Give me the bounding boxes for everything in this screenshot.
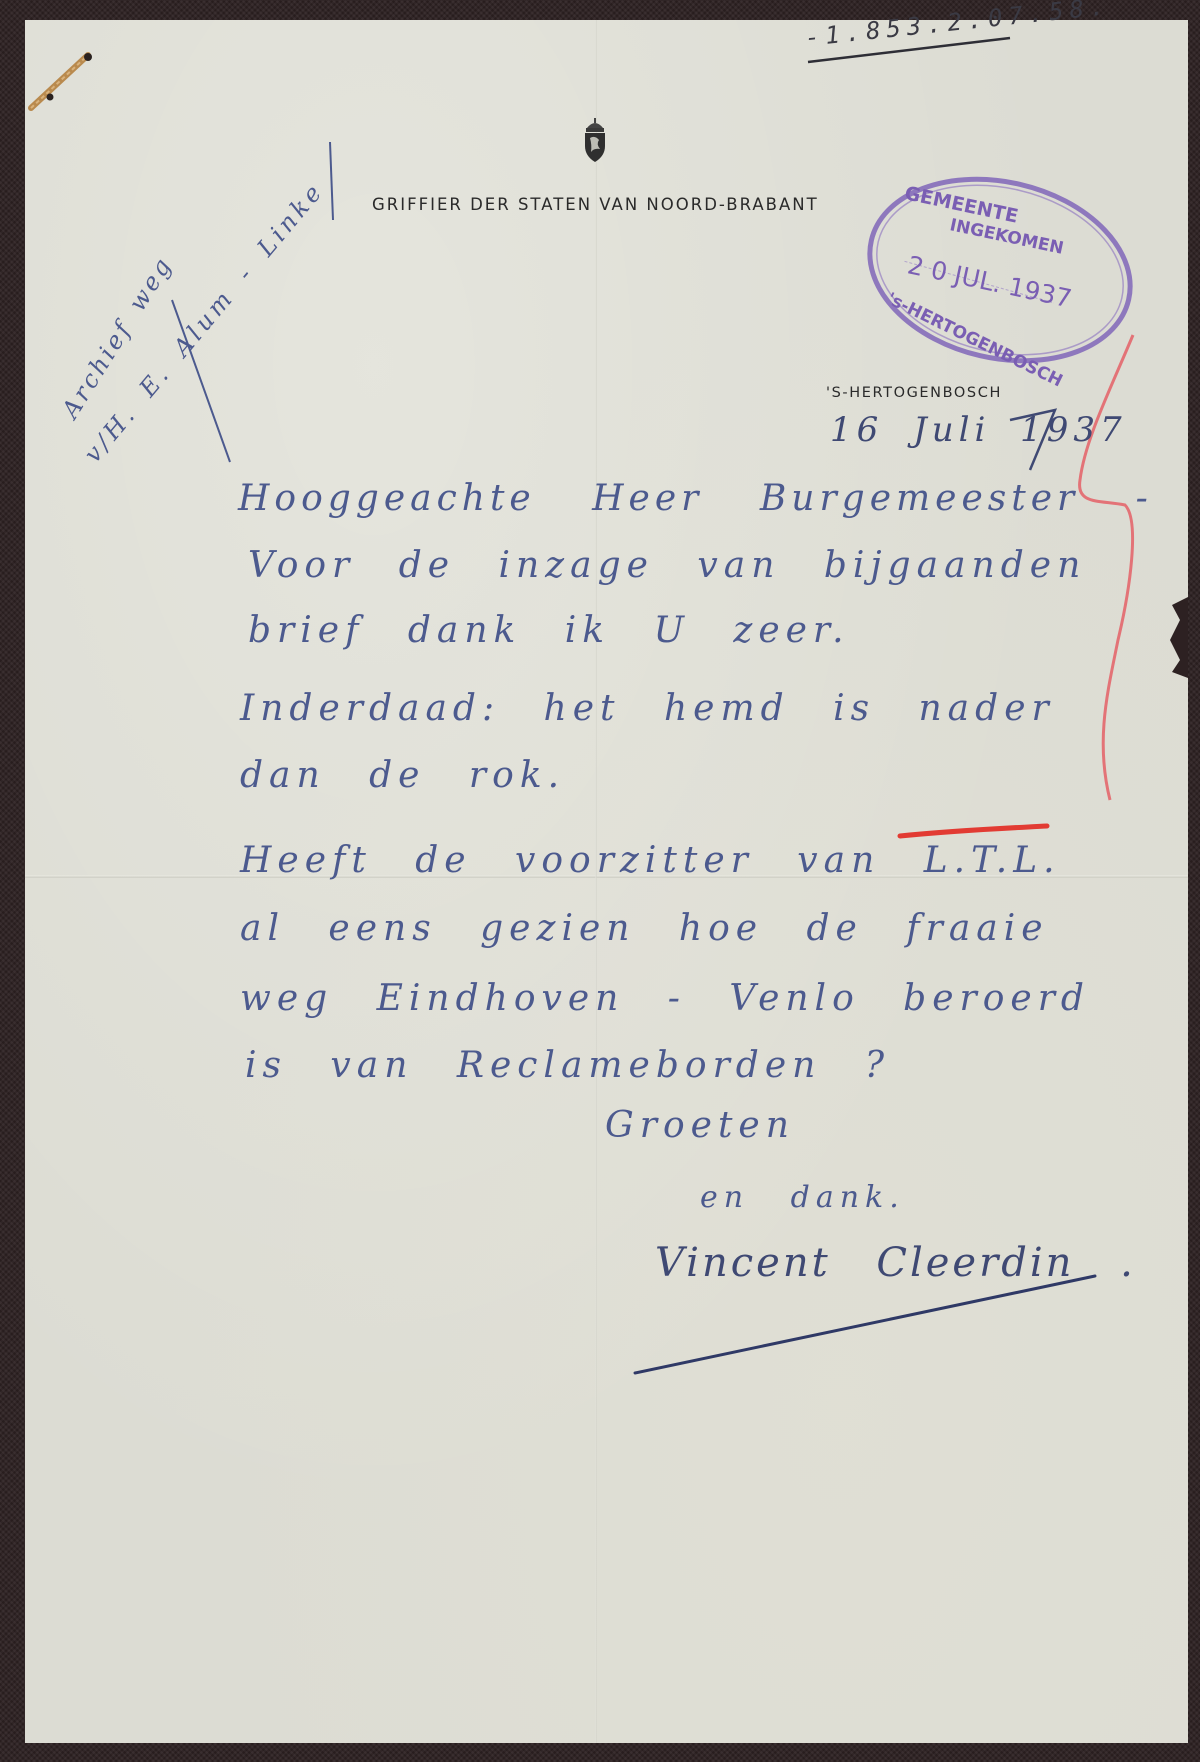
closing-thanks: en dank. xyxy=(700,1180,905,1215)
body-line: dan de rok. xyxy=(240,755,565,796)
body-line: Heeft de voorzitter van L.T.L. xyxy=(240,840,1061,881)
handwritten-date: 16 Juli 1937 xyxy=(830,410,1127,450)
salutation: Hooggeachte Heer Burgemeester - xyxy=(238,478,1153,519)
body-line: brief dank ik U zeer. xyxy=(248,610,850,651)
body-line: weg Eindhoven - Venlo beroerd xyxy=(240,978,1090,1019)
letterhead-place: 'S-HERTOGENBOSCH xyxy=(826,385,1002,401)
signature: Vincent Cleerdin . xyxy=(655,1240,1136,1286)
letterhead-title: GRIFFIER DER STATEN VAN NOORD-BRABANT xyxy=(372,195,819,214)
closing-greeting: Groeten xyxy=(605,1105,795,1146)
body-line: al eens gezien hoe de fraaie xyxy=(240,908,1049,949)
body-line: is van Reclameborden ? xyxy=(245,1045,890,1086)
vertical-fold xyxy=(595,20,597,1743)
body-line: Inderdaad: het hemd is nader xyxy=(240,688,1055,729)
body-line: Voor de inzage van bijgaanden xyxy=(248,545,1086,586)
